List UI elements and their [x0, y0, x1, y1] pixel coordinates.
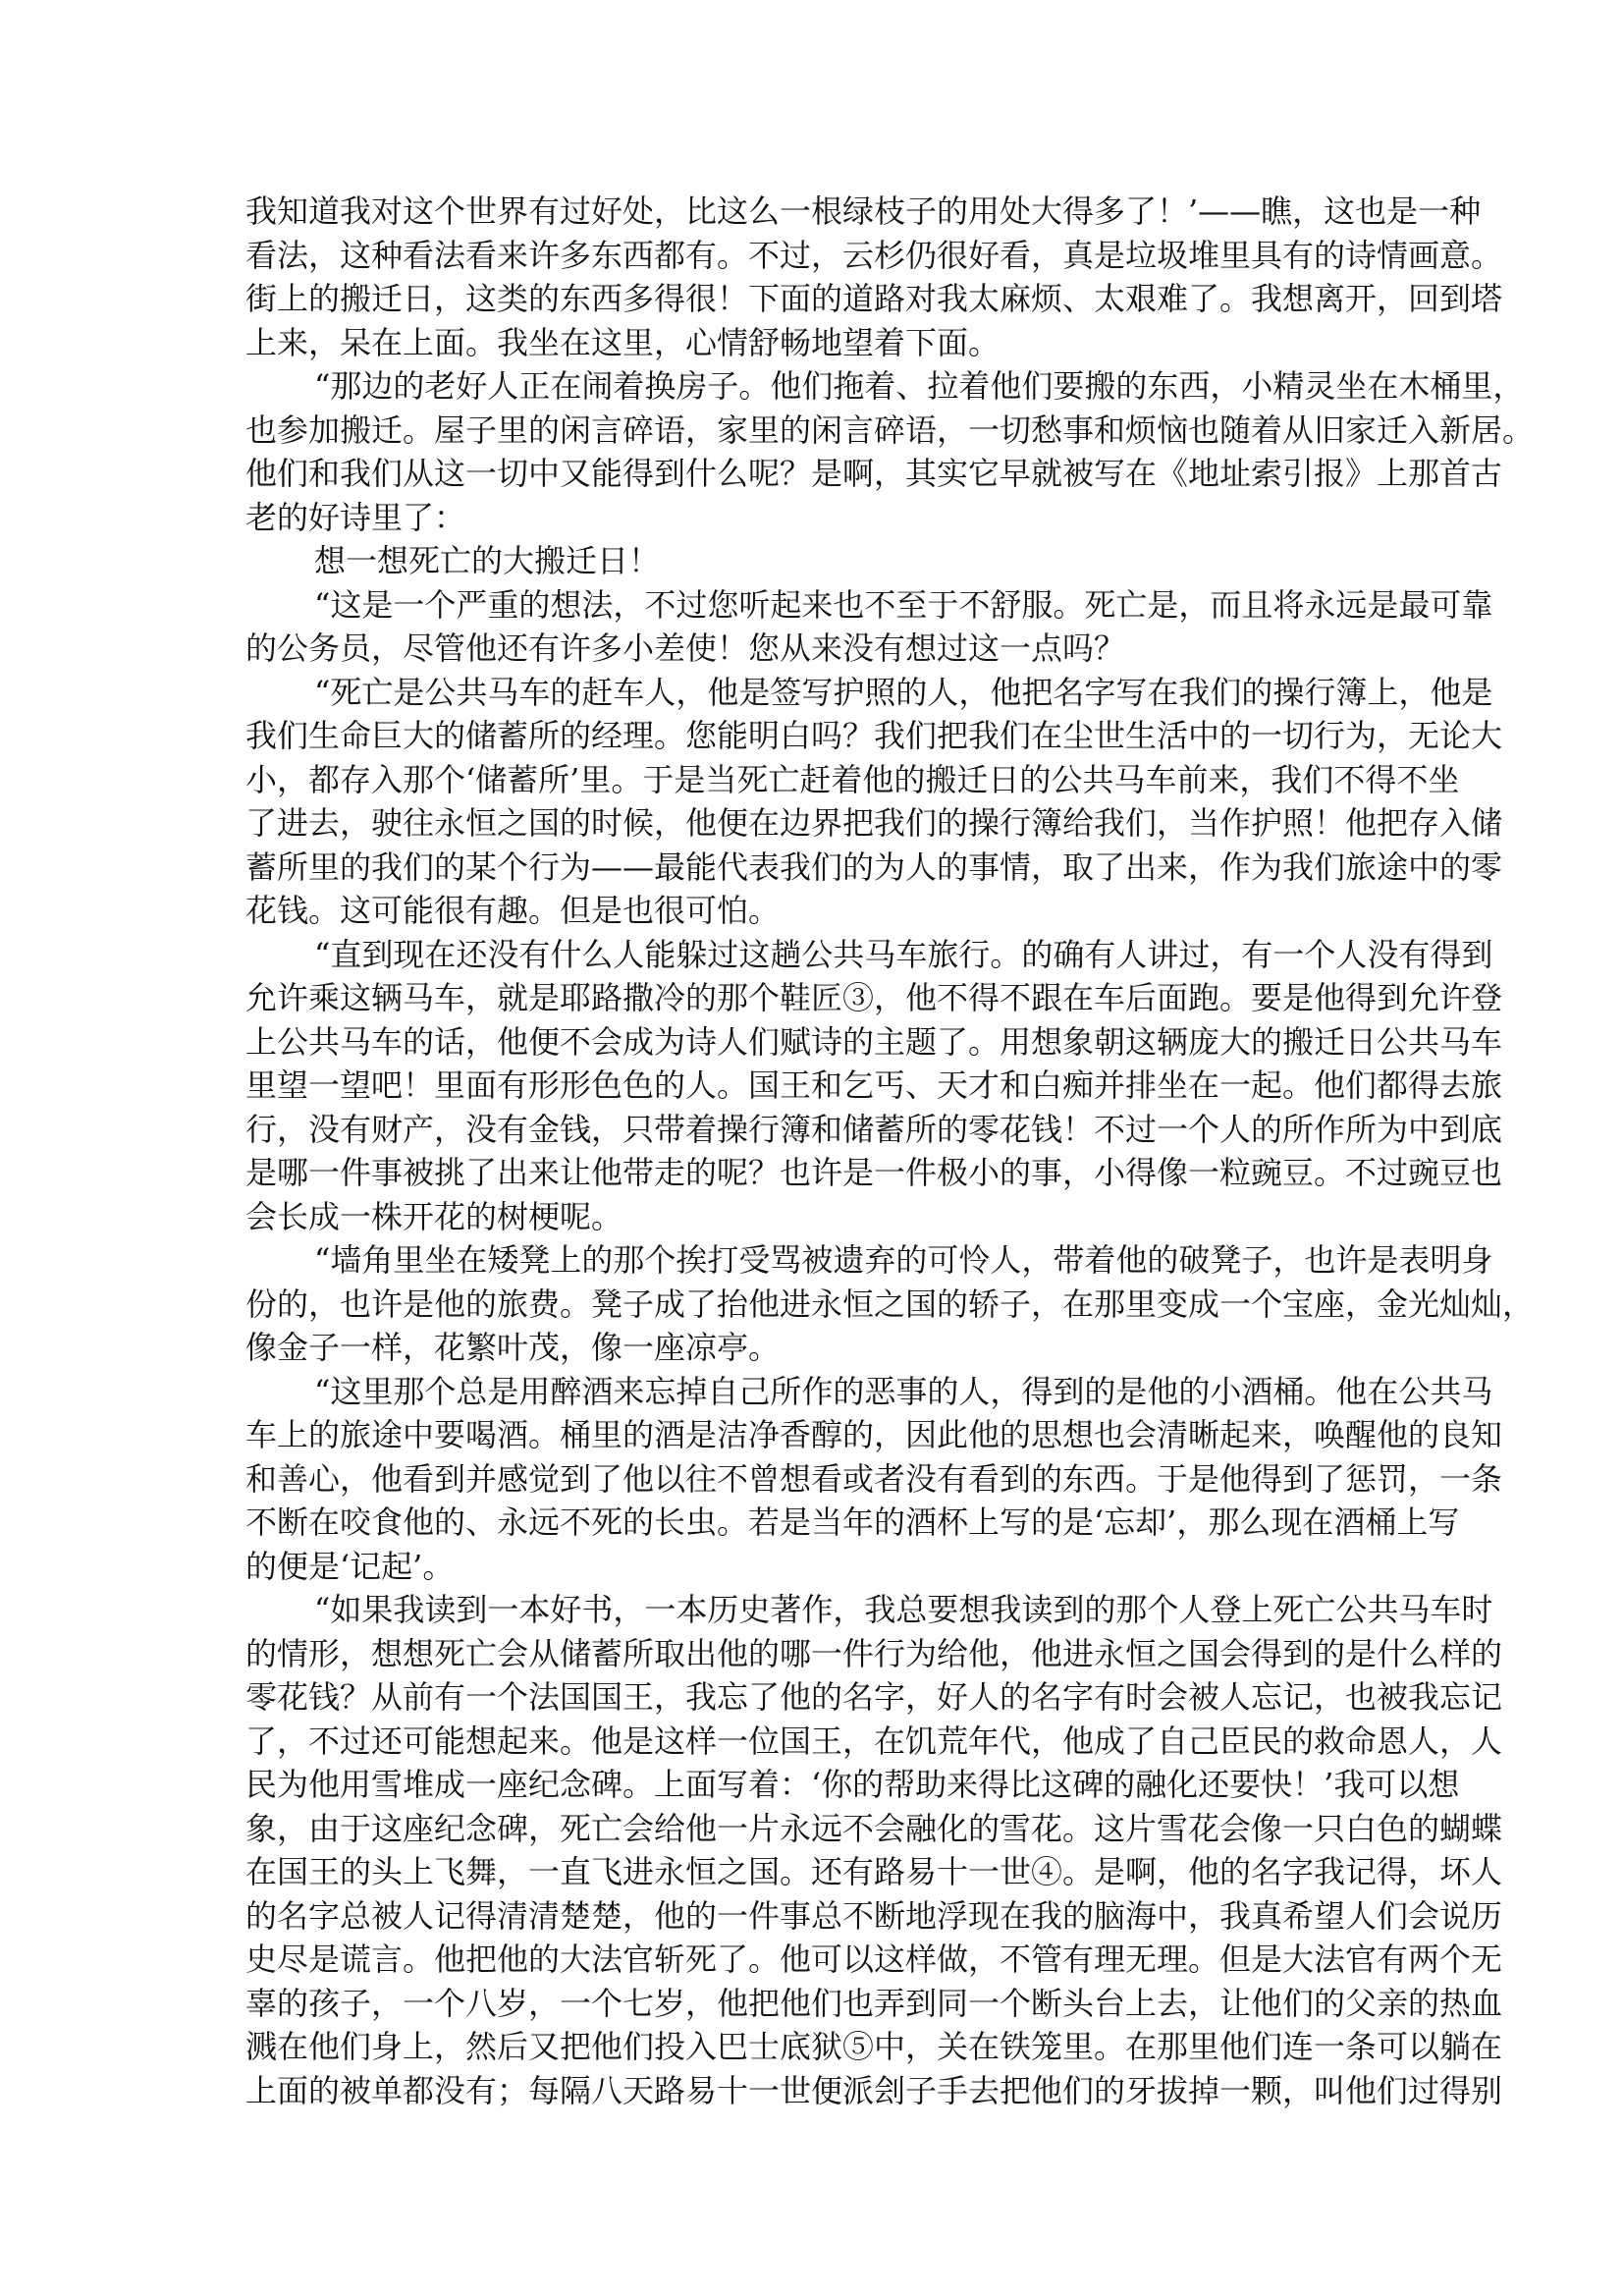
paragraph: “那边的老好人正在闹着换房子。他们拖着、拉着他们要搬的东西，小精灵坐在木桶里， …	[245, 364, 1378, 539]
paragraph: “死亡是公共马车的赶车人，他是签写护照的人，他把名字写在我们的操行簿上，他是 我…	[245, 671, 1378, 933]
text-line: 民为他用雪堆成一座纪念碑。上面写着：‘你的帮助来得比这碑的融化还要快！’我可以想	[245, 1763, 1378, 1807]
text-line: 街上的搬迁日，这类的东西多得很！下面的道路对我太麻烦、太艰难了。我想离开，回到塔	[245, 277, 1378, 321]
text-line: 花钱。这可能很有趣。但是也很可怕。	[245, 889, 1378, 933]
text-line: 的名字总被人记得清清楚楚，他的一件事总不断地浮现在我的脑海中，我真希望人们会说历	[245, 1894, 1378, 1939]
text-line: 行，没有财产，没有金钱，只带着操行簿和储蓄所的零花钱！不过一个人的所作所为中到底	[245, 1108, 1378, 1152]
text-line: 零花钱？从前有一个法国国王，我忘了他的名字，好人的名字有时会被人忘记，也被我忘记	[245, 1675, 1378, 1720]
text-line: 我知道我对这个世界有过好处，比这么一根绿枝子的用处大得多了！’——瞧，这也是一种	[245, 190, 1378, 234]
text-line: 了进去，驶往永恒之国的时候，他便在边界把我们的操行簿给我们，当作护照！他把存入储	[245, 801, 1378, 846]
text-line: 象，由于这座纪念碑，死亡会给他一片永远不会融化的雪花。这片雪花会像一只白色的蝴蝶	[245, 1807, 1378, 1851]
text-line: 小，都存入那个‘储蓄所’里。于是当死亡赶着他的搬迁日的公共马车前来，我们不得不坐	[245, 758, 1378, 802]
paragraph: “直到现在还没有什么人能躲过这趟公共马车旅行。的确有人讲过，有一个人没有得到 允…	[245, 933, 1378, 1239]
text-line: 看法，这种看法看来许多东西都有。不过，云杉仍很好看，真是垃圾堆里具有的诗情画意。	[245, 234, 1378, 278]
text-line: 的情形，想想死亡会从储蓄所取出他的哪一件行为给他，他进永恒之国会得到的是什么样的	[245, 1632, 1378, 1676]
text-line: 也参加搬迁。屋子里的闲言碎语，家里的闲言碎语，一切愁事和烦恼也随着从旧家迁入新居…	[245, 409, 1378, 453]
text-line: “死亡是公共马车的赶车人，他是签写护照的人，他把名字写在我们的操行簿上，他是	[245, 671, 1378, 715]
paragraph: 我知道我对这个世界有过好处，比这么一根绿枝子的用处大得多了！’——瞧，这也是一种…	[245, 190, 1378, 364]
text-line: 想一想死亡的大搬迁日！	[245, 539, 1378, 583]
text-line: 史尽是谎言。他把他的大法官斩死了。他可以这样做，不管有理无理。但是大法官有两个无	[245, 1938, 1378, 1982]
text-line: 老的好诗里了：	[245, 496, 1378, 540]
text-line: 里望一望吧！里面有形形色色的人。国王和乞丐、天才和白痴并排坐在一起。他们都得去旅	[245, 1064, 1378, 1108]
text-line: 上面的被单都没有；每隔八天路易十一世便派刽子手去把他们的牙拔掉一颗，叫他们过得别	[245, 2069, 1378, 2113]
paragraph: “这是一个严重的想法，不过您听起来也不至于不舒服。死亡是，而且将永远是最可靠 的…	[245, 583, 1378, 671]
text-line: 不断在咬食他的、永远不死的长虫。若是当年的酒杯上写的是‘忘却’，那么现在酒桶上写	[245, 1501, 1378, 1545]
text-line: 了，不过还可能想起来。他是这样一位国王，在饥荒年代，他成了自己臣民的救命恩人，人	[245, 1720, 1378, 1764]
text-line: 份的，也许是他的旅费。凳子成了抬他进永恒之国的轿子，在那里变成一个宝座，金光灿灿…	[245, 1283, 1378, 1327]
text-line: 溅在他们身上，然后又把他们投入巴士底狱⑤中，关在铁笼里。在那里他们连一条可以躺在	[245, 2025, 1378, 2069]
text-line: 会长成一株开花的树梗呢。	[245, 1195, 1378, 1239]
text-line: 是哪一件事被挑了出来让他带走的呢？也许是一件极小的事，小得像一粒豌豆。不过豌豆也	[245, 1151, 1378, 1195]
text-line: 他们和我们从这一切中又能得到什么呢？是啊，其实它早就被写在《地址索引报》上那首古	[245, 452, 1378, 496]
paragraph: “墙角里坐在矮凳上的那个挨打受骂被遗弃的可怜人，带着他的破凳子，也许是表明身 份…	[245, 1238, 1378, 1370]
body-text: 我知道我对这个世界有过好处，比这么一根绿枝子的用处大得多了！’——瞧，这也是一种…	[245, 190, 1378, 2112]
text-line: 上公共马车的话，他便不会成为诗人们赋诗的主题了。用想象朝这辆庞大的搬迁日公共马车	[245, 1020, 1378, 1065]
text-line: 辜的孩子，一个八岁，一个七岁，他把他们也弄到同一个断头台上去，让他们的父亲的热血	[245, 1982, 1378, 2026]
text-line: 车上的旅途中要喝酒。桶里的酒是洁净香醇的，因此他的思想也会清晰起来，唤醒他的良知	[245, 1413, 1378, 1457]
paragraph: “这里那个总是用醉酒来忘掉自己所作的恶事的人，得到的是他的小酒桶。他在公共马 车…	[245, 1370, 1378, 1589]
text-line: 在国王的头上飞舞，一直飞进永恒之国。还有路易十一世④。是啊，他的名字我记得，坏人	[245, 1850, 1378, 1894]
paragraph: “如果我读到一本好书，一本历史著作，我总要想我读到的那个人登上死亡公共马车时 的…	[245, 1588, 1378, 2112]
text-line: 的公务员，尽管他还有许多小差使！您从来没有想过这一点吗？	[245, 627, 1378, 671]
document-page: 我知道我对这个世界有过好处，比这么一根绿枝子的用处大得多了！’——瞧，这也是一种…	[0, 0, 1623, 2296]
text-line: “墙角里坐在矮凳上的那个挨打受骂被遗弃的可怜人，带着他的破凳子，也许是表明身	[245, 1238, 1378, 1283]
text-line: “这里那个总是用醉酒来忘掉自己所作的恶事的人，得到的是他的小酒桶。他在公共马	[245, 1370, 1378, 1414]
poem-line: 想一想死亡的大搬迁日！	[245, 539, 1378, 583]
text-line: “那边的老好人正在闹着换房子。他们拖着、拉着他们要搬的东西，小精灵坐在木桶里，	[245, 364, 1378, 409]
text-line: 蓄所里的我们的某个行为——最能代表我们的为人的事情，取了出来，作为我们旅途中的零	[245, 846, 1378, 890]
text-line: 像金子一样，花繁叶茂，像一座凉亭。	[245, 1326, 1378, 1370]
text-line: “这是一个严重的想法，不过您听起来也不至于不舒服。死亡是，而且将永远是最可靠	[245, 583, 1378, 628]
text-line: “直到现在还没有什么人能躲过这趟公共马车旅行。的确有人讲过，有一个人没有得到	[245, 933, 1378, 977]
text-line: “如果我读到一本好书，一本历史著作，我总要想我读到的那个人登上死亡公共马车时	[245, 1588, 1378, 1632]
text-line: 的便是‘记起’。	[245, 1545, 1378, 1589]
text-line: 上来，呆在上面。我坐在这里，心情舒畅地望着下面。	[245, 321, 1378, 365]
text-line: 我们生命巨大的储蓄所的经理。您能明白吗？我们把我们在尘世生活中的一切行为，无论大	[245, 714, 1378, 758]
text-line: 和善心，他看到并感觉到了他以往不曾想看或者没有看到的东西。于是他得到了惩罚，一条	[245, 1457, 1378, 1502]
text-line: 允许乘这辆马车，就是耶路撒冷的那个鞋匠③，他不得不跟在车后面跑。要是他得到允许登	[245, 976, 1378, 1020]
